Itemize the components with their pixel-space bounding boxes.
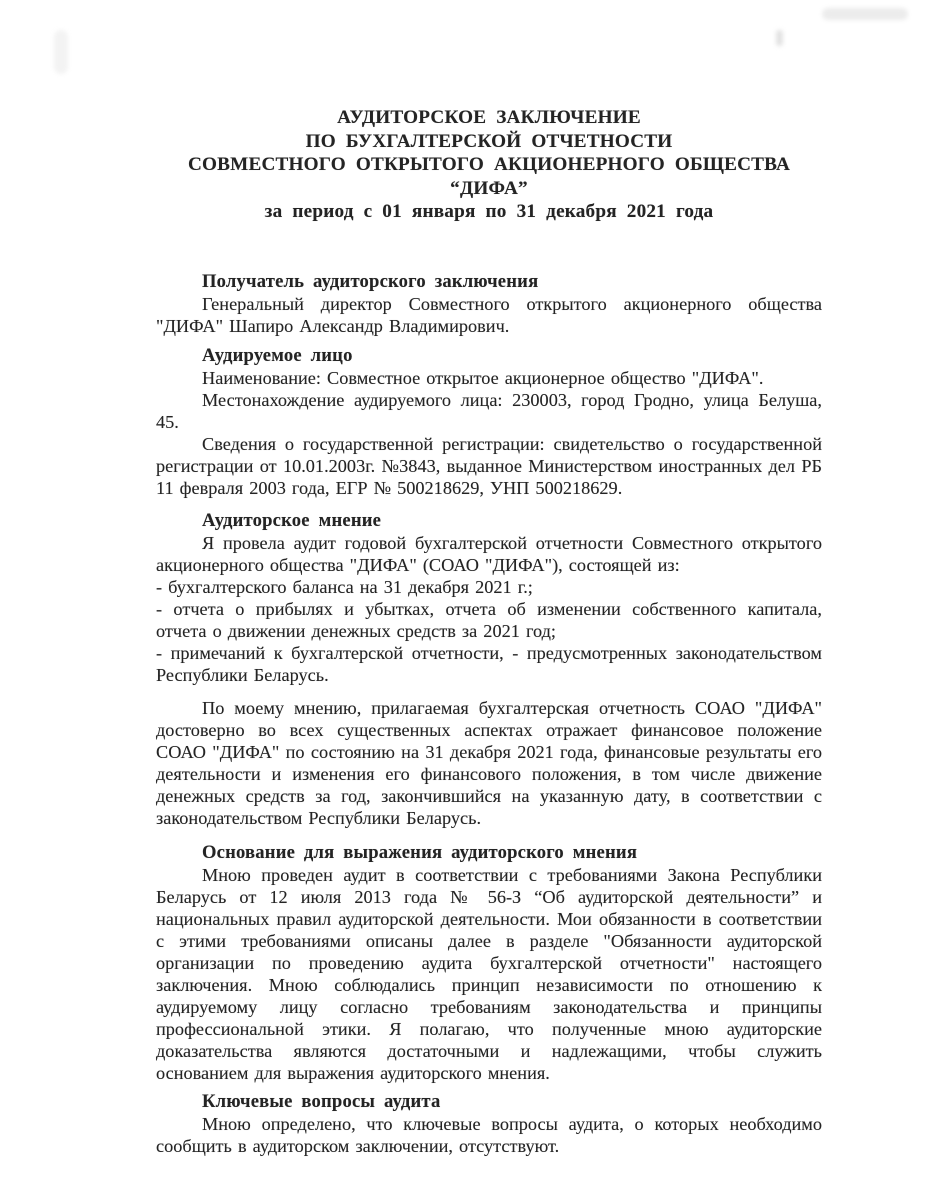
paragraph: Сведения о государственной регистрации: … [156,433,822,499]
title-line-2: ПО БУХГАЛТЕРСКОЙ ОТЧЕТНОСТИ [156,130,822,154]
paragraph: Генеральный директор Совместного открыто… [156,293,822,337]
section-heading: Основание для выражения аудиторского мне… [156,842,822,864]
section-audited-entity: Аудируемое лицо Наименование: Совместное… [156,345,822,499]
title-line-3: СОВМЕСТНОГО ОТКРЫТОГО АКЦИОНЕРНОГО ОБЩЕС… [156,153,822,200]
paragraph: Мною определено, что ключевые вопросы ау… [156,1113,822,1157]
document-title: АУДИТОРСКОЕ ЗАКЛЮЧЕНИЕ ПО БУХГАЛТЕРСКОЙ … [156,106,822,224]
section-basis-for-opinion: Основание для выражения аудиторского мне… [156,842,822,1084]
paragraph: Мною проведен аудит в соответствии с тре… [156,864,822,1084]
scanned-document-page: АУДИТОРСКОЕ ЗАКЛЮЧЕНИЕ ПО БУХГАЛТЕРСКОЙ … [0,0,934,1198]
paragraph: Наименование: Совместное открытое акцион… [156,367,822,389]
section-heading: Получатель аудиторского заключения [156,271,822,293]
scan-artifact [822,8,908,20]
title-line-1: АУДИТОРСКОЕ ЗАКЛЮЧЕНИЕ [156,106,822,130]
paragraph: По моему мнению, прилагаемая бухгалтерск… [156,697,822,829]
scan-artifact [54,30,68,74]
section-heading: Аудируемое лицо [156,345,822,367]
title-line-4: за период с 01 января по 31 декабря 2021… [156,200,822,224]
section-key-audit-matters: Ключевые вопросы аудита Мною определено,… [156,1091,822,1157]
section-heading: Ключевые вопросы аудита [156,1091,822,1113]
paragraph: Местонахождение аудируемого лица: 230003… [156,389,822,433]
list-item: - отчета о прибылях и убытках, отчета об… [156,598,822,642]
scan-artifact [776,30,783,46]
section-heading: Аудиторское мнение [156,510,822,532]
list-item: - примечаний к бухгалтерской отчетности,… [156,642,822,686]
paragraph: Я провела аудит годовой бухгалтерской от… [156,532,822,576]
section-recipient: Получатель аудиторского заключения Генер… [156,271,822,337]
section-audit-opinion: Аудиторское мнение Я провела аудит годов… [156,510,822,829]
list-item: - бухгалтерского баланса на 31 декабря 2… [156,576,822,598]
